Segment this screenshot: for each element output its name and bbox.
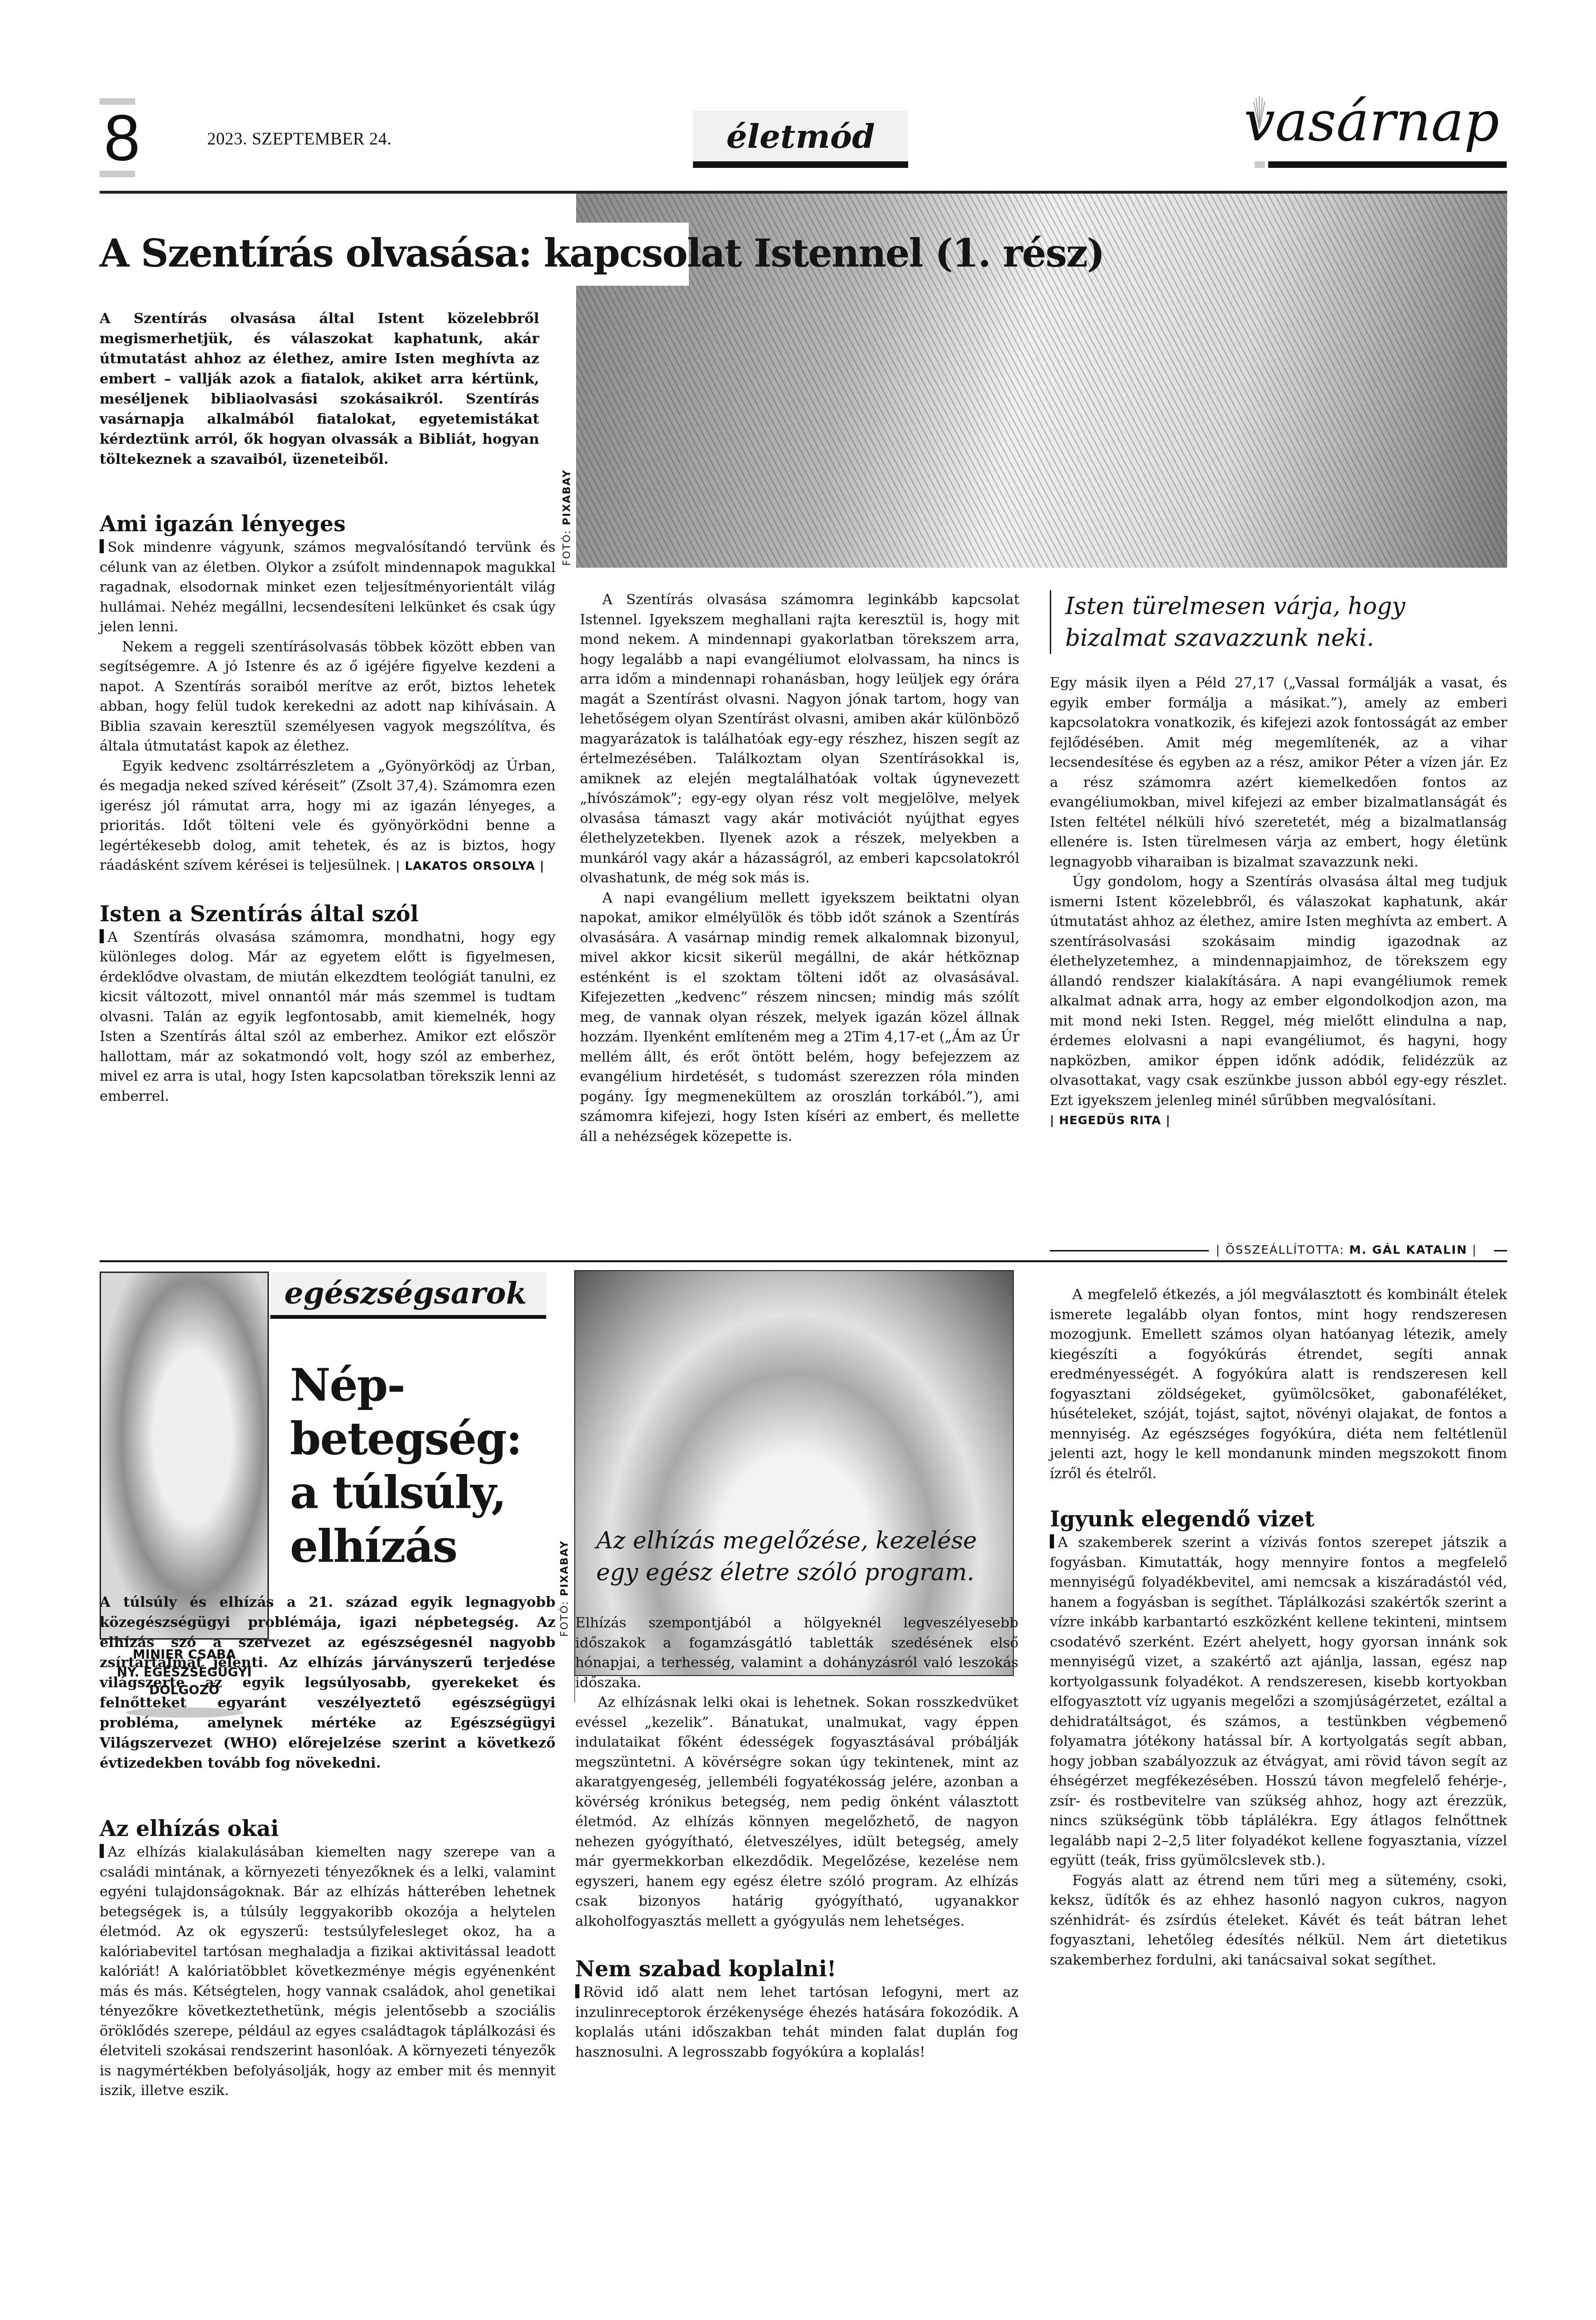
author-signature: | HEGEDÜS RITA | (1050, 1111, 1507, 1131)
article-body: A megfelelő étkezés, a jól megválasztott… (1050, 1285, 1507, 1484)
page-number-bar-bottom (100, 171, 135, 177)
page-number: 8 (104, 105, 140, 171)
paragraph-marker (100, 1844, 104, 1858)
photo-credit: FOTÓ: PIXABAY (561, 469, 573, 566)
compiled-rule-left (1050, 1250, 1209, 1251)
subheading: Ami igazán lényeges (100, 510, 556, 538)
newspaper-logo: vasárnap (1244, 94, 1499, 149)
article-body: Sok mindenre vágyunk, számos megvalósíta… (100, 538, 556, 876)
logo-underline-accent (1255, 161, 1265, 168)
photo-credit: FOTÓ: PIXABAY (559, 1540, 571, 1637)
article-title: Nép- betegség: a túlsúly, elhízás (290, 1359, 521, 1574)
article-body: Rövid idő alatt nem lehet tartósan lefog… (575, 1983, 1018, 2062)
paragraph-marker (575, 1984, 579, 1998)
compiled-rule-right (1494, 1250, 1507, 1251)
pull-quote: Az elhízás megelőzése, kezelése egy egés… (587, 1525, 1017, 1588)
subheading: Nem szabad koplalni! (575, 1955, 1018, 1983)
author-portrait (100, 1272, 269, 1640)
article2-middle-column: Elhízás szempontjából a hölgyeknél legve… (575, 1613, 1018, 2062)
paragraph-marker (100, 539, 104, 553)
paragraph-marker (100, 929, 104, 943)
article-title: A Szentírás olvasása: kapcsolat Istennel… (100, 224, 1104, 283)
article2-left-column: Az elhízás okai Az elhízás kialakulásába… (100, 1814, 556, 2101)
pull-quote: Isten türelmesen várja, hogy bizalmat sz… (1050, 590, 1495, 654)
section-label: életmód (693, 111, 908, 168)
article1-middle-column: A Szentírás olvasása számomra leginkább … (580, 590, 1019, 1147)
article-body: A Szentírás olvasása számomra, mondhatni… (100, 928, 556, 1107)
compiled-by: | ÖSSZEÁLLÍTOTTA: M. GÁL KATALIN | (1216, 1243, 1477, 1257)
section-divider (100, 1260, 1507, 1262)
logo-underline (1268, 161, 1507, 168)
subheading: Az elhízás okai (100, 1814, 556, 1843)
column-name: egészségsarok (270, 1272, 546, 1319)
issue-date: 2023. SZEPTEMBER 24. (207, 129, 391, 149)
article1-left-column: Ami igazán lényeges Sok mindenre vágyunk… (100, 510, 556, 1106)
subheading: Isten a Szentírás által szól (100, 900, 556, 928)
paragraph-marker (1050, 1534, 1054, 1548)
article-lead: A Szentírás olvasása által Istent közele… (100, 309, 539, 470)
subheading: Igyunk elegendő vizet (1050, 1505, 1507, 1533)
article1-right-column: Egy másik ilyen a Péld 27,17 („Vassal fo… (1050, 673, 1507, 1131)
article2-right-column: A megfelelő étkezés, a jól megválasztott… (1050, 1285, 1507, 1970)
article-body: A szakemberek szerint a vízivás fontos s… (1050, 1533, 1507, 1970)
author-signature: | LAKATOS ORSOLYA | (396, 859, 545, 873)
article-body: Az elhízás kialakulásában kiemelten nagy… (100, 1843, 556, 2101)
article-body: Elhízás szempontjából a hölgyeknél legve… (575, 1613, 1018, 1931)
article-lead: A túlsúly és elhízás a 21. század egyik … (100, 1592, 556, 1773)
